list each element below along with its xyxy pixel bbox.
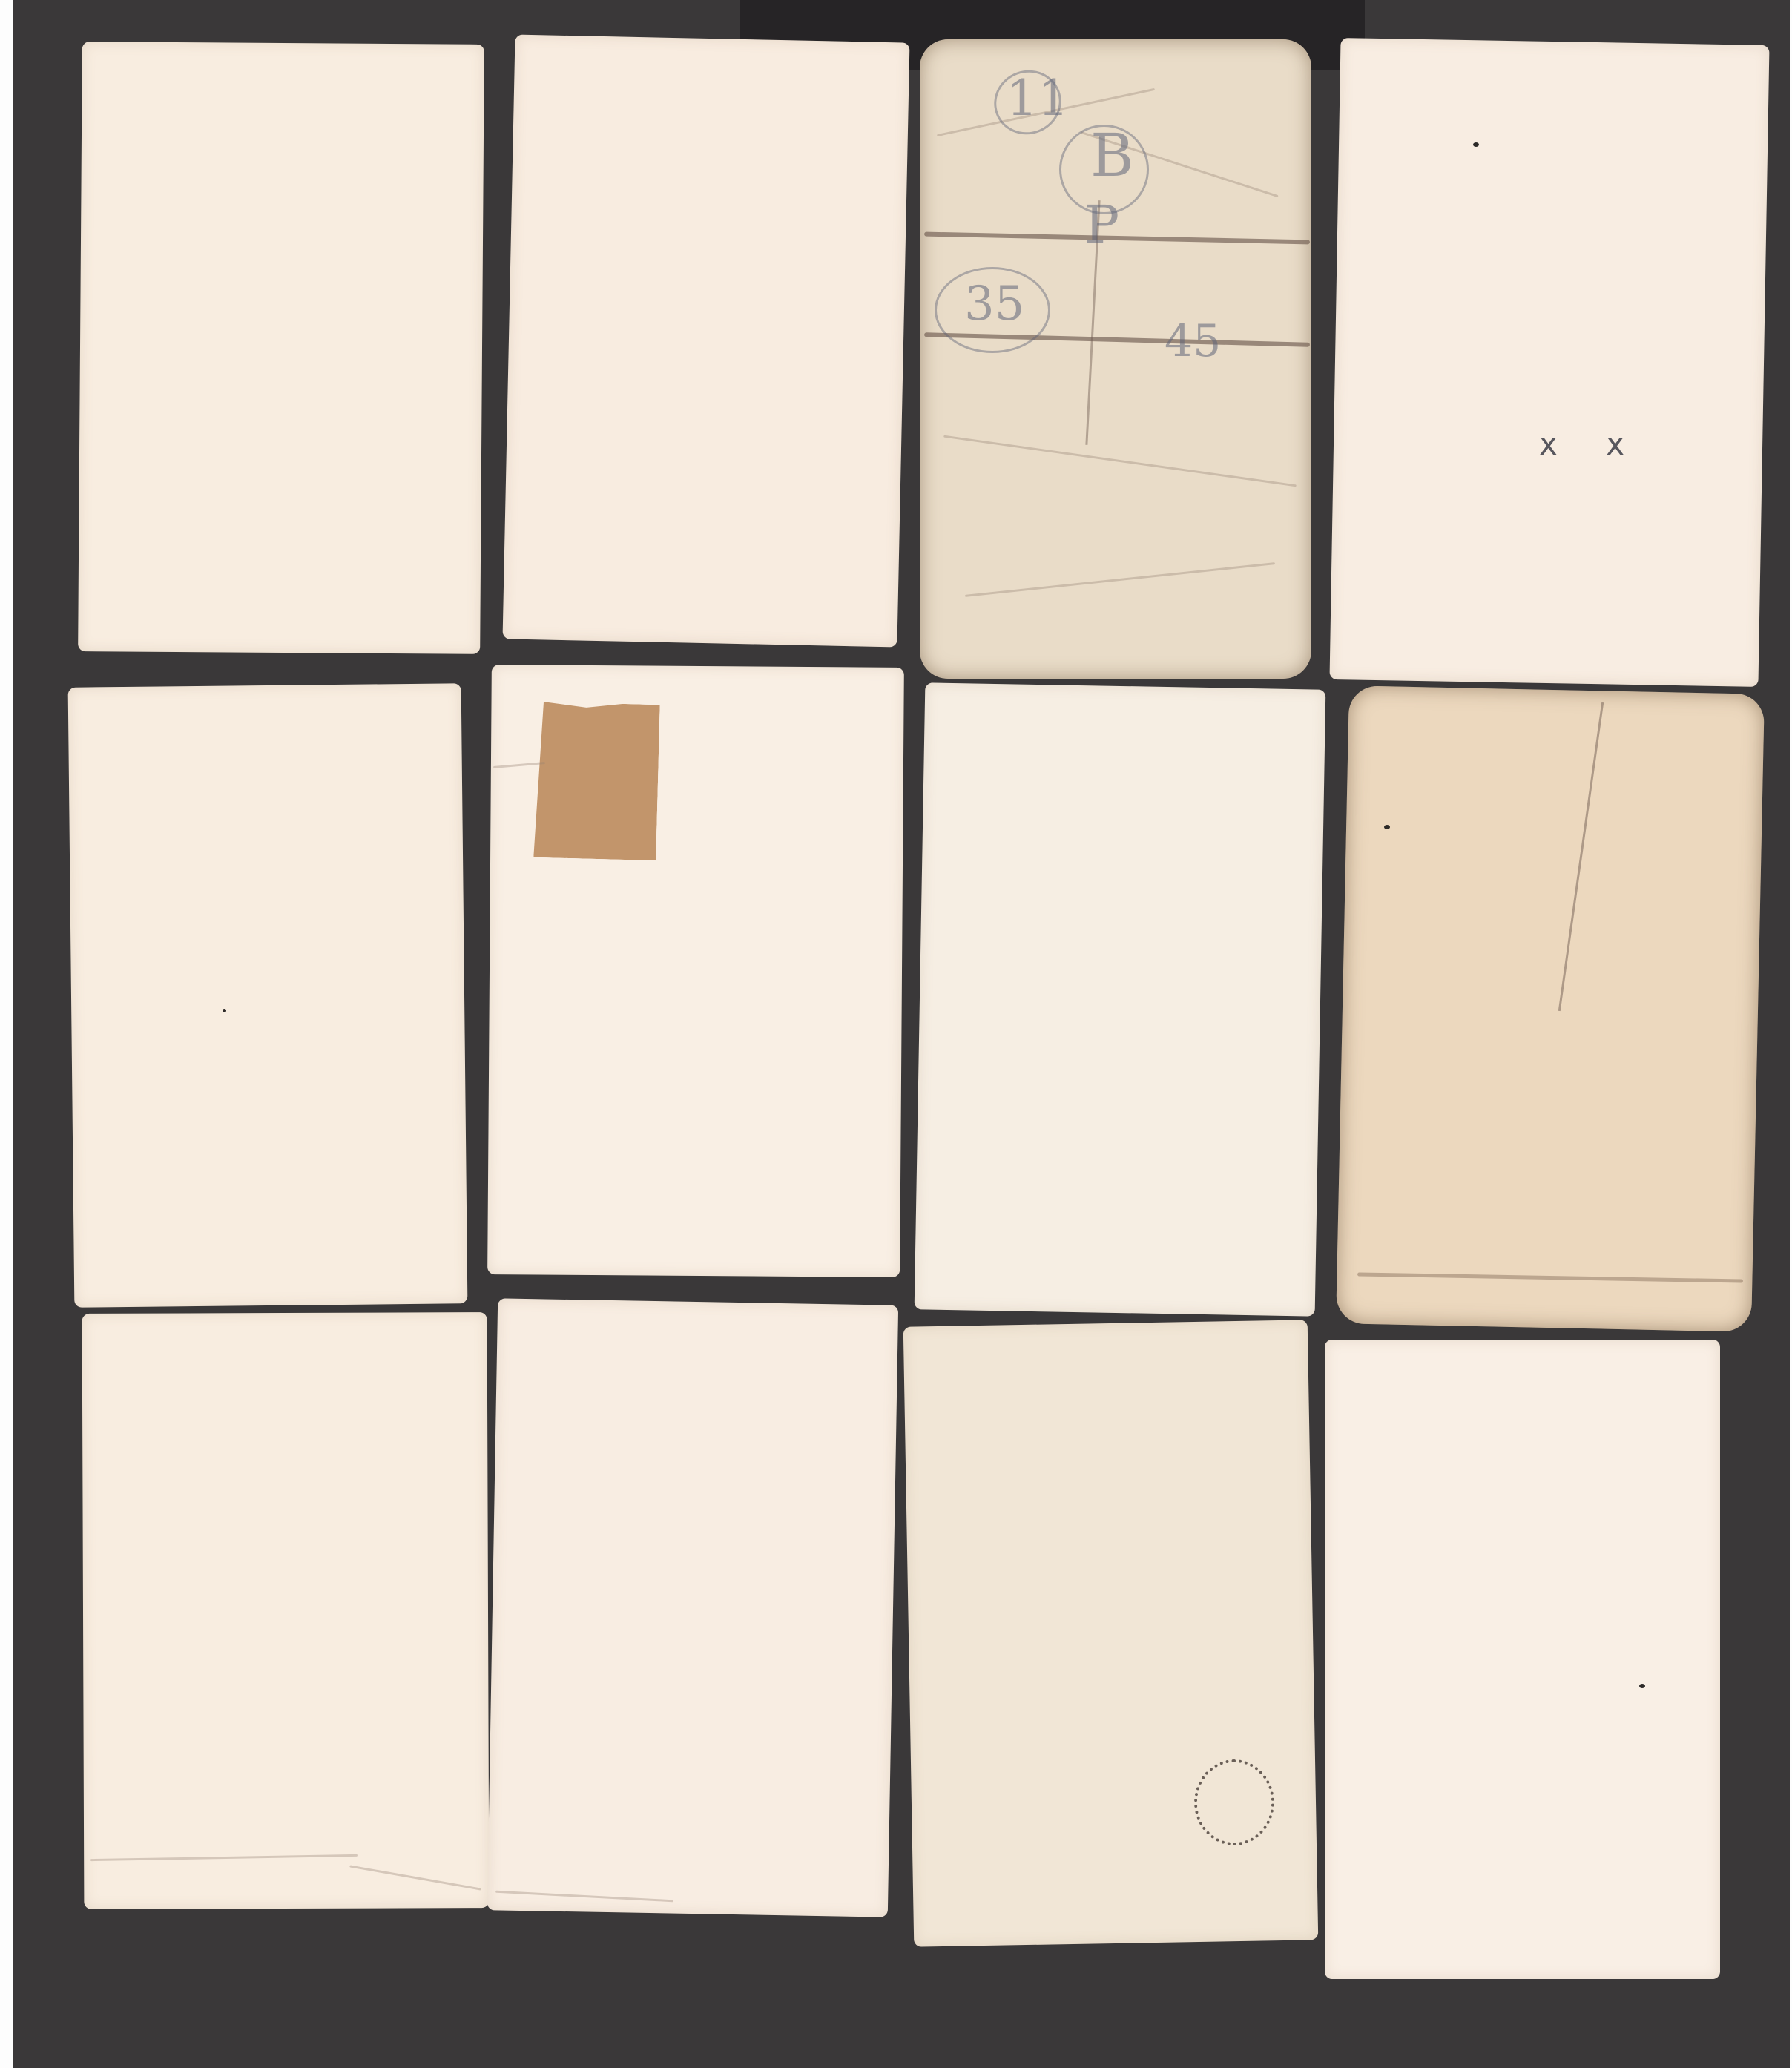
card-back-11 xyxy=(903,1320,1319,1946)
card-back-2 xyxy=(503,35,910,648)
pencil-mark-35: 35 xyxy=(964,280,1024,328)
pencil-mark-x: x x xyxy=(1539,429,1644,460)
card-back-7 xyxy=(915,682,1326,1316)
pencil-mark-45: 45 xyxy=(1165,319,1221,363)
card-back-5 xyxy=(68,683,468,1308)
card-back-8 xyxy=(1336,685,1765,1332)
tape-residue xyxy=(533,702,659,860)
card-back-9 xyxy=(82,1312,490,1909)
speck xyxy=(1384,825,1390,829)
card-back-1 xyxy=(78,42,484,654)
speck xyxy=(1639,1684,1645,1688)
stain-mark xyxy=(1194,1759,1274,1845)
card-back-12 xyxy=(1325,1340,1720,1979)
speck xyxy=(1473,142,1479,147)
pencil-mark-11: 11 xyxy=(1007,74,1069,123)
pencil-mark-p: P xyxy=(1084,199,1119,251)
card-back-10 xyxy=(487,1298,898,1917)
card-back-4 xyxy=(1329,38,1769,687)
pencil-mark-b: B xyxy=(1090,126,1134,185)
speck xyxy=(223,1009,226,1012)
